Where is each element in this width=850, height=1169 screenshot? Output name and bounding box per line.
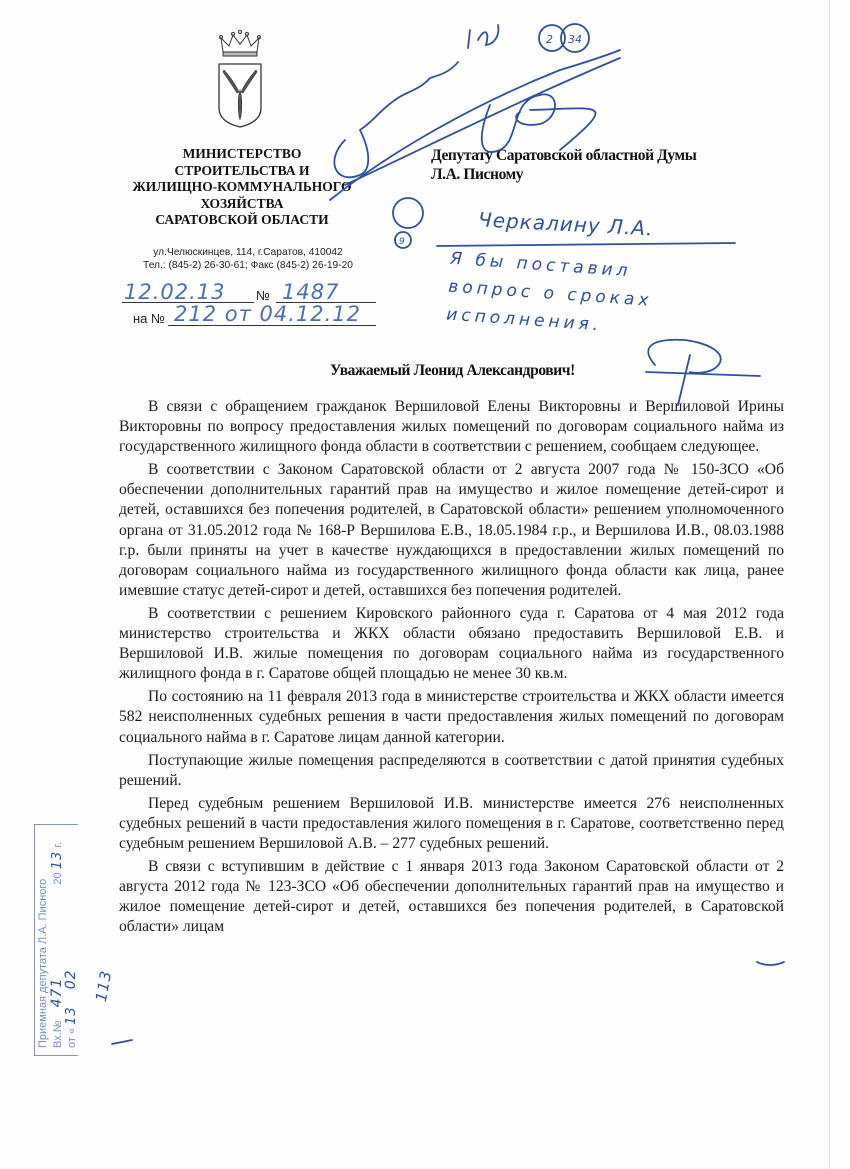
stamp-year-prefix: 20 [52,872,64,884]
ministry-contacts: ул.Челюскинцев, 114, г.Саратов, 410042 Т… [116,246,380,272]
letter-body: В связи с обращением гражданок Вершилово… [119,397,784,940]
margin-handwritten-mark: 113 [92,969,115,1003]
stamp-in-label: Вх.№ [52,1020,64,1048]
body-paragraph: Перед судебным решением Вершиловой И.В. … [119,794,784,854]
body-paragraph: По состоянию на 11 февраля 2013 года в м… [119,687,784,747]
ministry-line: САРАТОВСКОЙ ОБЛАСТИ [112,212,372,229]
stamp-title-text: Приемная депутата Л.А. Писного [37,879,49,1048]
addressee-title: Депутату Саратовской областной Думы [431,146,696,165]
circle-number: 9 [399,237,405,247]
stamp-in-row: Вх.№ 471 20 13 г. [50,822,64,1054]
ministry-phone-fax: Тел.: (845-2) 26-30-61; Факс (845-2) 26-… [116,259,380,272]
body-paragraph: В связи с обращением гражданок Вершилово… [119,397,784,457]
body-paragraph: В соответствии с решением Кировского рай… [119,604,784,684]
stamp-from-label: от « [66,1028,78,1048]
resolution-note: Я бы поставил вопрос о сроках исполнения… [445,245,720,348]
registration-number: 1487 [282,280,339,304]
body-paragraph: Поступающие жилые помещения распределяют… [119,751,784,791]
ministry-line: ХОЗЯЙСТВА [112,196,372,213]
ministry-line: СТРОИТЕЛЬСТВА И [112,163,372,180]
stamp-date-row: от « 13 02 [64,822,78,1054]
addressee-name: Л.А. Писному [431,165,696,184]
reply-to-number: 212 от 04.12.12 [174,302,361,326]
stamp-day: 13 [64,1006,79,1025]
stamp-title: Приемная депутата Л.А. Писного [36,822,50,1054]
registration-date: 12.02.13 [124,280,226,304]
number-label: № [256,288,270,303]
saratov-coat-of-arms-icon [213,30,267,128]
greeting: Уважаемый Леонид Александрович! [330,362,575,380]
body-paragraph: В связи с вступившим в действие с 1 янва… [119,857,784,937]
resolution-name: Черкалину Л.А. [477,207,654,240]
reply-to-label: на № [133,311,165,326]
body-paragraph: В соответствии с Законом Саратовской обл… [119,460,784,601]
circle-number: 34 [568,33,582,46]
scan-edge-line [829,0,830,1169]
letter-page: МИНИСТЕРСТВО СТРОИТЕЛЬСТВА И ЖИЛИЩНО-КОМ… [0,0,850,1169]
ministry-line: МИНИСТЕРСТВО [112,146,372,163]
stamp-month: 02 [63,969,79,989]
stamp-year-suffix: 13 [50,851,65,870]
addressee-block: Депутату Саратовской областной Думы Л.А.… [431,146,696,184]
incoming-stamp-text: Приемная депутата Л.А. Писного Вх.№ 471 … [36,822,78,1054]
ministry-address: ул.Челюскинцев, 114, г.Саратов, 410042 [116,246,380,259]
circle-number: 2 [546,33,553,46]
stamp-year-end: г. [52,842,64,848]
ministry-line: ЖИЛИЩНО-КОММУНАЛЬНОГО [112,179,372,196]
ministry-name: МИНИСТЕРСТВО СТРОИТЕЛЬСТВА И ЖИЛИЩНО-КОМ… [112,146,372,229]
